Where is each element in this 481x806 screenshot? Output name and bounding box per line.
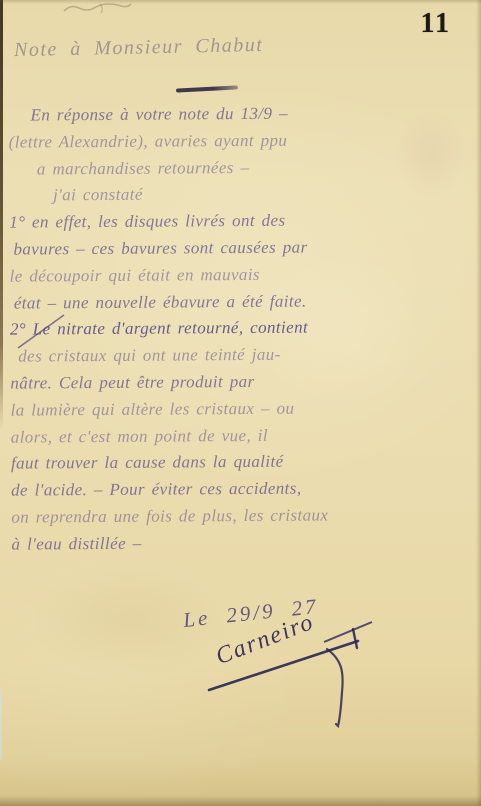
manuscript-line: nâtre. Cela peut être produit par [10, 367, 478, 397]
page-number: 11 [421, 8, 451, 40]
manuscript-line: bavures – ces bavures sont causées par [13, 233, 477, 263]
pencil-scribble [100, 4, 102, 13]
signature-tail [327, 649, 343, 726]
pencil-scribble [64, 4, 131, 11]
manuscript-line: de l'acide. – Pour éviter ces accidents, [11, 475, 479, 505]
manuscript-line: état – une nouvelle ébavure a été faite. [14, 287, 478, 317]
scan-edge-left [0, 0, 3, 430]
heading-underline [176, 85, 238, 92]
signature-flourish-tick [353, 629, 357, 648]
manuscript-line: à l'eau distillée – [11, 528, 479, 558]
letter-page: 11 Note à Monsieur Chabut En réponse à v… [0, 0, 481, 806]
letter-heading: Note à Monsieur Chabut [14, 33, 314, 62]
manuscript-line: 2° Le nitrate d'argent retourné, contien… [10, 314, 478, 344]
manuscript-line: (lettre Alexandrie), avaries ayant ppu [9, 126, 477, 156]
letter-body: En réponse à votre note du 13/9 –(lettre… [8, 99, 479, 558]
manuscript-line: la lumière qui altère les cristaux – ou [10, 394, 478, 424]
manuscript-line: j'ai constaté [53, 180, 477, 210]
date-strike [324, 622, 372, 642]
manuscript-line: faut trouver la cause dans la qualité [11, 448, 479, 478]
manuscript-line: le découpoir qui était en mauvais [10, 260, 478, 290]
manuscript-line: a marchandises retournées – [37, 153, 477, 183]
manuscript-line: En réponse à votre note du 13/9 – [30, 99, 476, 129]
scan-edge-bottom [0, 796, 481, 806]
scan-edge-top [0, 0, 481, 4]
scan-edge-left-lower [0, 690, 2, 760]
manuscript-line: des cristaux qui ont une teinté jau- [18, 341, 478, 371]
manuscript-line: on reprendra une fois de plus, les crist… [11, 501, 479, 531]
manuscript-line: alors, et c'est mon point de vue, il [11, 421, 479, 451]
manuscript-line: 1° en effet, les disques livrés ont des [9, 207, 477, 237]
